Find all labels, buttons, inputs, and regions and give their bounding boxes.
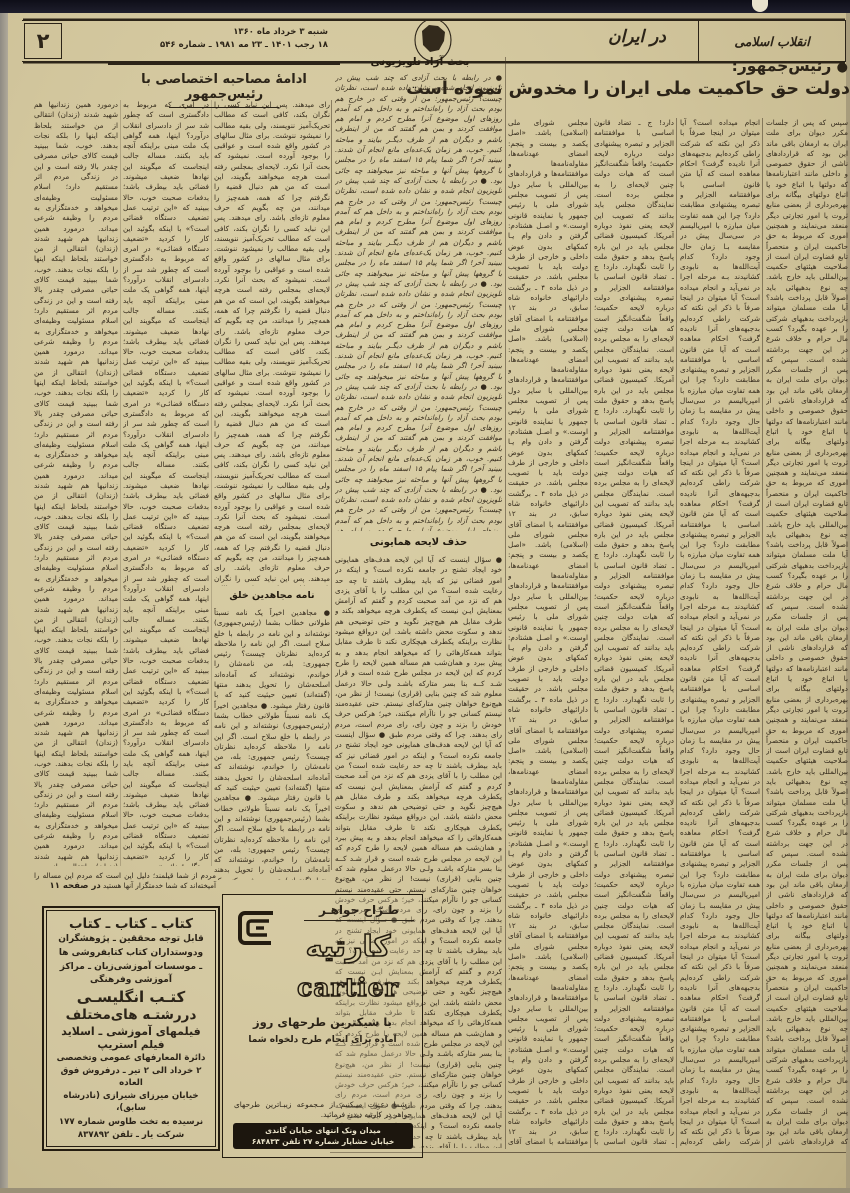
section-title: در ایران <box>582 27 692 47</box>
cartier-monogram-icon <box>233 905 279 955</box>
books-advertisement: کتاب ـ کتاب ـ کتاب قابل توجه محققین ـ پژ… <box>42 906 220 1151</box>
debate-section-heading: بحث آزاد تلویزیونی <box>335 56 505 68</box>
lead-article-column-4: مجلس شورای ملی (اسلامی) باشد. «اصل یکصد … <box>508 118 588 1148</box>
interview-column-left: درمورد همین زندانیها هم شهید شدند (زندان… <box>34 100 118 866</box>
page-number: ۲ <box>24 23 62 59</box>
books-ad-item: فیلمهای آموزشی ـ اسلاید <box>53 1025 209 1038</box>
scan-edge-bottom <box>0 1188 850 1193</box>
lead-article-column-1: سپس که پس از جلسات مکرر دیوان برای ملت ا… <box>766 118 848 1148</box>
newspaper-name: انقلاب اسلامی <box>734 34 809 49</box>
books-ad-content: کتاب ـ کتاب ـ کتاب قابل توجه محققین ـ پژ… <box>46 910 216 1147</box>
date-hijri-gregorian-issue: ۱۸ رجب ۱۴۰۱ ـ ۲۳ مه ۱۹۸۱ ـ شماره ۵۴۶ <box>118 39 328 52</box>
books-ad-title: کتاب ـ کتاب ـ کتاب <box>53 916 209 932</box>
interview-column-middle: در امری که مربوط به دادگستری است که چطور… <box>123 100 209 866</box>
continued-page-ref: در صفحه ۱۱ <box>50 881 101 891</box>
cartier-address-line: میدان ونک انتهای خیابان گاندی <box>265 1125 381 1136</box>
lead-kicker-text: رئیس‌جمهور: <box>732 57 832 75</box>
books-ad-phone: شرکت یار ـ تلفن ۸۳۷۸۹۲ <box>53 1129 209 1141</box>
divider-center-right <box>505 57 506 1149</box>
date-shamsi: شنبه ۳ خرداد ماه ۱۳۶۰ <box>118 26 328 39</box>
books-ad-highlight: دررشتـه های‌مختلف <box>53 1007 209 1023</box>
interview-subhead: نامه مجاهدین خلق <box>214 590 330 601</box>
newspaper-masthead: انقلاب اسلامی <box>698 20 846 62</box>
books-ad-line: ـ موسسات آموزشی‌زبان ـ مراکز <box>53 961 209 974</box>
bullet-icon: ● <box>837 60 848 75</box>
cartier-brand-persian: کارتیه <box>288 929 408 963</box>
newspaper-page: ۲ شنبه ۳ خرداد ماه ۱۳۶۰ ۱۸ رجب ۱۴۰۱ ـ ۲۳… <box>8 13 846 1188</box>
books-ad-address: خیابان میرزای شیرازی (نادرشاه سابق)، <box>53 1090 209 1114</box>
cartier-advertisement: طـرّاح جواهـر کارتیه cartier با شیکترین … <box>222 894 423 1158</box>
interview-column-right-lower: ● مجاهدین اخیراً یک نامه نسبتاً طولانی خ… <box>214 608 330 880</box>
books-ad-highlight: کتـب انگلیسـی <box>53 988 209 1006</box>
cartier-address-line: خیابان خشایار شماره ۲۷ تلفن ۶۸۴۸۳۳ <box>252 1136 395 1147</box>
interview-column-right: رای میدهند. پس این نباید کسی را نگران بک… <box>214 100 330 586</box>
column-rule-1 <box>762 118 763 1148</box>
divider-left-center <box>331 100 332 870</box>
books-ad-line: قابل توجه محققین ـ پژوهشگران <box>53 933 209 946</box>
cartier-designer-text: طـرّاح جواهـر <box>304 903 414 921</box>
cartier-designer-label: طـرّاح جواهـر <box>304 903 414 921</box>
lead-article-column-3: دارد! ج ـ تضاد قانون اساسی با موافقتنامه… <box>594 118 674 1148</box>
column-rule-2 <box>676 118 677 1148</box>
column-rule-5 <box>120 100 121 866</box>
books-ad-address: نرسیده به تخت طاوس شماره ۱۷۷ <box>53 1116 209 1128</box>
lead-kicker: ● رئیس‌جمهور: <box>508 57 848 75</box>
books-ad-detail: دائرة المعارفهای عمومی وتخصصی <box>53 1052 209 1064</box>
page-number-value: ۲ <box>37 29 50 53</box>
lead-article-column-2: انجام میداده است؟ آیا میتوان در اینجا صر… <box>680 118 760 1148</box>
cartier-brand-latin: cartier <box>288 973 408 1002</box>
cartier-tagline-2: آماده برای انجام طرح دلخواه شما <box>223 1035 422 1045</box>
books-ad-line: آموزشی وفرهنگی <box>53 974 209 987</box>
books-ad-detail: ۲ خرداد الی ۲ تیر ـ درفروش فوق العاده <box>53 1065 209 1089</box>
continued-note: مردم از شما قیلمند؛ دلیل این است که مردم… <box>34 871 216 891</box>
books-ad-line: ودوستداران کتاب کتابفروشی ها <box>53 947 209 960</box>
debate-subhead: حذف لایحه همایونی <box>335 537 502 548</box>
column-rule-3 <box>590 118 591 1148</box>
date-block: شنبه ۳ خرداد ماه ۱۳۶۰ ۱۸ رجب ۱۴۰۱ ـ ۲۳ م… <box>118 26 328 52</box>
books-ad-item: فیلم استریپ <box>53 1039 209 1051</box>
cartier-address-box: میدان ونک انتهای خیابان گاندی خیابان خشا… <box>233 1123 413 1149</box>
interview-title: ادامهٔ مصاحبه اختصاصی با رئیس‌جمهور <box>141 72 307 102</box>
cartier-invite-text: ازشما دعـوت میـکنیم از مـجموعه زیبـاترین… <box>234 1100 412 1120</box>
scan-edge-top <box>0 0 850 14</box>
debate-intro-column: ● در رابطه با بحث آزادی که چند شب پیش در… <box>335 73 502 531</box>
column-rule-4 <box>211 100 212 866</box>
lead-headline: دولت حق حاکمیت ملی ایران را مخدوش نموده … <box>506 79 850 99</box>
cartier-tagline-1: با شیکترین طرحهای روز <box>223 1015 422 1029</box>
